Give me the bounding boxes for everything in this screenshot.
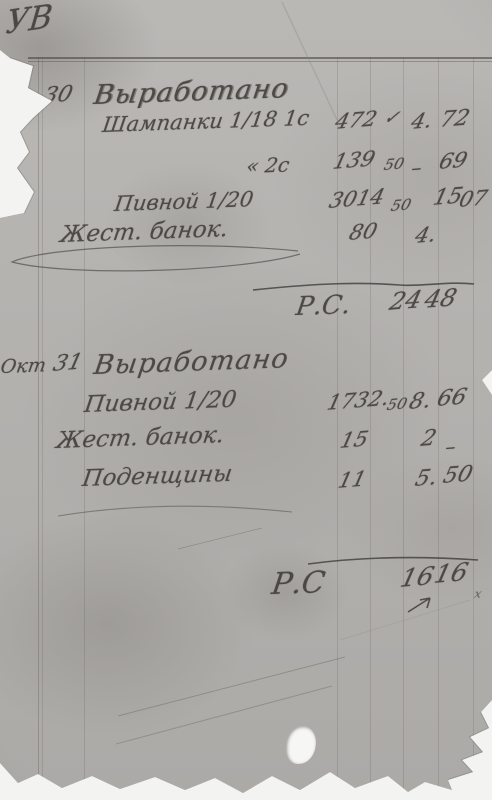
entry-kopecks: 07: [457, 188, 489, 211]
subtotal-rubles: 24: [387, 287, 424, 314]
entry-label: Пивной 1/20: [113, 189, 255, 215]
date-month: Окт: [0, 356, 47, 377]
subtotal-kopecks: 48: [422, 285, 459, 312]
entry-qty: 11: [336, 469, 368, 492]
entry-qty: 1732.: [325, 388, 392, 414]
entry-qty: 80: [347, 221, 379, 244]
entry-qty: 15: [338, 429, 370, 452]
torn-edge-shading: [448, 712, 489, 780]
torn-edge-shading: [10, 58, 52, 213]
entry-qty-frac: 50: [382, 156, 405, 173]
section-header: Выработано: [92, 75, 291, 109]
crease-fold: [282, 2, 338, 122]
corner-monogram: УВ: [5, 0, 55, 39]
entry-kopecks: 72: [438, 108, 472, 132]
crease-scratch: [118, 657, 345, 716]
right-column-line: [473, 57, 474, 800]
entry-kopecks: 69: [437, 150, 469, 173]
entry-label: Жест. банок.: [59, 218, 230, 247]
entry-qty-frac: 50: [389, 197, 412, 214]
subtotal-label: Р.С: [270, 568, 327, 600]
entry-qty: 3014: [327, 186, 387, 212]
top-rule-line-2: [28, 61, 492, 62]
entry-rubles: 4.: [413, 224, 439, 247]
entry-label: Шампанки 1/18 1с: [101, 108, 311, 136]
crease-fold: [340, 600, 470, 640]
margin-line: [38, 57, 39, 800]
entry-qty: 139: [331, 149, 377, 173]
entry-rubles: 5.: [413, 467, 440, 491]
crease-scratch: [178, 528, 262, 549]
entry-label: Поденщины: [81, 463, 234, 491]
entry-rubles: –: [409, 157, 424, 178]
paper-sheet: УВ 30 Выработано Шампанки 1/18 1с 472 ✓ …: [0, 0, 492, 800]
margin-line-2: [42, 57, 43, 800]
entry-kopecks: –: [443, 436, 458, 457]
entry-kopecks: 66: [435, 387, 469, 411]
flourish-underline: [58, 506, 292, 516]
entry-label: Жест. банок.: [55, 424, 226, 453]
entry-rubles: 8.: [407, 390, 434, 414]
scanned-ledger-page: УВ 30 Выработано Шампанки 1/18 1с 472 ✓ …: [0, 0, 492, 800]
subtotal-label: Р.С.: [294, 292, 352, 320]
date-day: 31: [51, 352, 85, 376]
stray-ink-mark: х: [473, 587, 483, 600]
pen-arrow-mark: [408, 598, 430, 612]
section-header: Выработано: [92, 345, 291, 379]
entry-label: « 2с: [245, 155, 291, 176]
entry-rubles: 2: [419, 428, 439, 451]
entry-label: Пивной 1/20: [83, 389, 238, 417]
flourish-oval: [12, 246, 300, 271]
entry-qty-frac: 50: [385, 396, 408, 413]
ruble-column-line: [403, 57, 404, 800]
top-rule-line: [28, 57, 492, 59]
entry-rubles: 4.: [409, 110, 435, 133]
entry-check-mark: ✓: [382, 109, 402, 128]
date-day: 30: [41, 84, 75, 108]
entry-qty: 472: [333, 109, 379, 133]
subtotal-kopecks: 16: [432, 559, 471, 587]
entry-kopecks: 50: [441, 464, 475, 488]
subtotal-rubles: 16: [398, 563, 437, 591]
